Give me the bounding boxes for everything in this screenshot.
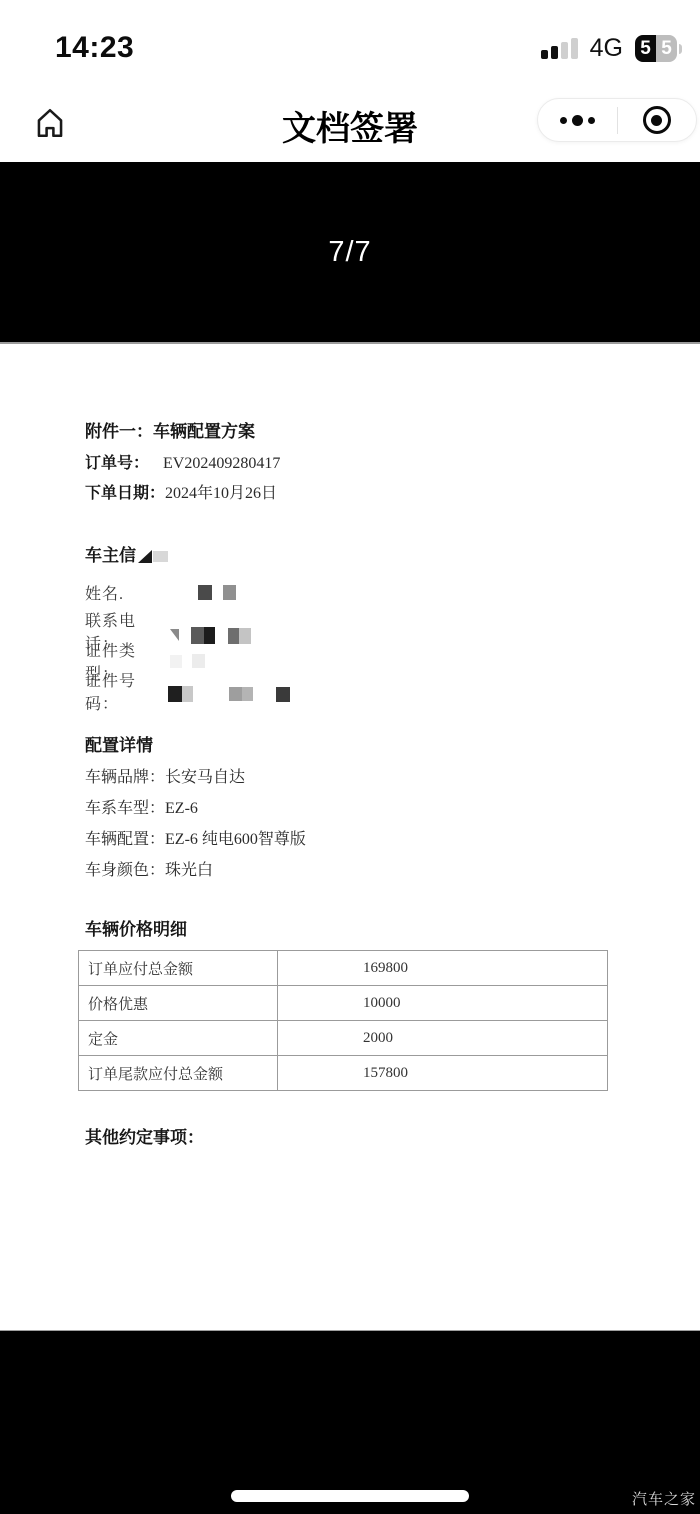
redaction-mark [138,550,152,563]
miniprogram-capsule [537,98,697,142]
document-pager[interactable]: 7/7 [0,162,700,344]
battery-empty-segment: 5 [656,35,677,62]
owner-name-label: 姓名. [85,581,168,604]
config-brand-line: 车辆品牌：长安马自达 [85,768,700,788]
price-row-label: 订单应付总金额 [79,951,278,986]
redaction-block [153,551,168,562]
battery-cap [679,44,682,54]
config-color-line: 车身颜色：珠光白 [85,861,700,881]
config-brand-label: 车辆品牌： [85,769,165,786]
home-indicator[interactable] [231,1490,469,1502]
config-trim-value: EZ-6 纯电600智尊版 [165,831,306,848]
price-row-label: 价格优惠 [79,986,278,1021]
order-date-line: 下单日期：2024年10月26日 [85,484,700,504]
attachment-title: 附件一：车辆配置方案 [85,422,700,442]
config-brand-value: 长安马自达 [165,769,245,786]
redaction-blocks [168,686,290,702]
more-button[interactable] [538,99,617,141]
owner-idnumber-label: 证件号码： [85,668,168,714]
owner-phone-row: 联系电话： [85,620,700,642]
owner-section-title: 车主信 [85,546,700,566]
table-row: 定金 2000 [79,1021,608,1056]
price-row-value: 157800 [278,1056,608,1091]
order-date-value: 2024年10月26日 [165,485,277,502]
table-row: 订单尾款应付总金额 157800 [79,1056,608,1091]
config-section-title: 配置详情 [85,736,700,756]
status-bar: 14:23 4G 5 5 [0,0,700,85]
owner-name-row: 姓名. [85,581,700,603]
clock: 14:23 [55,31,134,65]
signal-bars-icon [541,38,578,60]
status-indicators: 4G 5 5 [541,35,682,60]
redaction-blocks [170,654,205,668]
battery-icon: 5 5 [635,35,682,62]
table-row: 价格优惠 10000 [79,986,608,1021]
order-number-line: 订单号：EV202409280417 [85,454,700,474]
owner-idnumber-row: 证件号码： [85,680,700,702]
price-row-label: 订单尾款应付总金额 [79,1056,278,1091]
redaction-mark [170,629,179,641]
order-number-label: 订单号： [85,455,149,472]
target-icon [643,106,671,134]
price-row-value: 2000 [278,1021,608,1056]
config-model-line: 车系车型：EZ-6 [85,799,700,819]
nav-bar: 文档签署 [0,85,700,162]
order-date-label: 下单日期： [85,485,165,502]
redaction-blocks [191,627,251,644]
config-trim-label: 车辆配置： [85,831,165,848]
config-model-value: EZ-6 [165,800,198,817]
config-color-value: 珠光白 [165,862,213,879]
order-number-value: EV202409280417 [163,455,280,472]
exit-button[interactable] [618,99,697,141]
config-color-label: 车身颜色： [85,862,165,879]
ellipsis-icon [560,115,595,126]
price-row-value: 169800 [278,951,608,986]
price-row-label: 定金 [79,1021,278,1056]
price-section-title: 车辆价格明细 [85,920,700,940]
watermark: 汽车之家 [632,1488,696,1509]
table-row: 订单应付总金额 169800 [79,951,608,986]
config-trim-line: 车辆配置：EZ-6 纯电600智尊版 [85,830,700,850]
footer-band: 汽车之家 [0,1330,700,1514]
page-indicator: 7/7 [328,236,371,269]
document-page: 附件一：车辆配置方案 订单号：EV202409280417 下单日期：2024年… [0,344,700,1330]
price-row-value: 10000 [278,986,608,1021]
battery-filled-segment: 5 [635,35,656,62]
owner-idtype-row: 证件类型： [85,650,700,672]
price-table: 订单应付总金额 169800 价格优惠 10000 定金 2000 订单尾款应付… [78,950,608,1091]
redaction-blocks [198,585,236,600]
network-type-label: 4G [590,36,623,60]
config-model-label: 车系车型： [85,800,165,817]
other-section-title: 其他约定事项： [85,1128,700,1148]
